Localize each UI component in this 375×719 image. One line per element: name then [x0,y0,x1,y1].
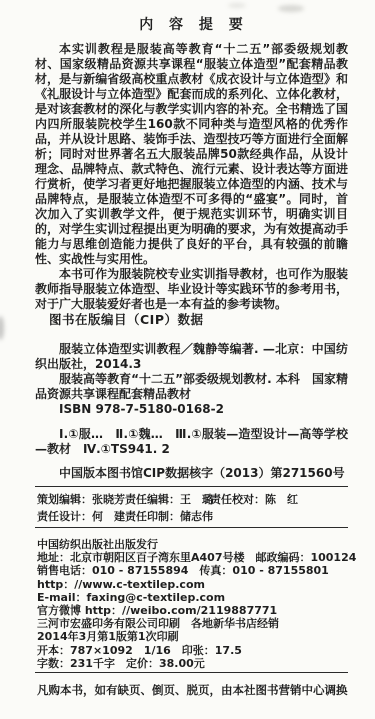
credit-value: 何 建 [92,510,125,523]
credit-planning-editor: 策划编辑：张晓芳 [37,491,125,508]
content-summary-title: 内 容 提 要 [35,14,348,34]
cip-series-note: 服装高等教育“十二五”部委级规划教材. 本科 国家精品资源共享课程配套精品教材 [35,372,348,402]
credit-value: 王 璐 [180,493,213,506]
credits-block: 策划编辑：张晓芳 责任编辑：王 璐 责任校对：陈 红 责任设计：何 建 责任印制… [37,491,348,525]
publisher-weibo-line: 官方微博 http：//weibo.com/2119887771 [37,604,355,617]
cip-section: 图书在版编目（CIP）数据 服装立体造型实训教程／魏静等编著. —北京：中国纺织… [35,310,348,481]
credit-proofreader: 责任校对：陈 红 [210,491,348,508]
summary-paragraph-1: 本实训教程是服装高等教育“十二五”部委级规划教材、国家级精品资源共享课程“服装立… [35,42,348,267]
publisher-website-line: http：//www.c-textilep.com [37,578,355,591]
replacement-notice: 凡购本书，如有缺页、倒页、脱页，由本社图书营销中心调换 [37,682,355,698]
wordcount-price-line: 字数：231千字 定价：38.00元 [37,657,355,670]
book-copyright-page: 内 容 提 要 本实训教程是服装高等教育“十二五”部委级规划教材、国家级精品资源… [0,0,375,719]
credit-value: 陈 红 [265,493,298,506]
format-sheets-line: 开本：787×1092 1/16 印张：17.5 [37,644,355,657]
edition-line: 2014年3月第1版第1次印刷 [37,630,355,643]
divider-rule-bottom [35,672,348,673]
credit-responsible-editor: 责任编辑：王 璐 [125,491,210,508]
cip-classification: Ⅰ.①服… Ⅱ.①魏… Ⅲ.①服装—造型设计—高等学校—教材 Ⅳ.①TS941.… [35,427,348,457]
credit-label: 责任编辑： [125,493,180,506]
publisher-address-line: 地址：北京市朝阳区百子湾东里A407号楼 邮政编码：100124 [37,551,355,564]
printer-distributor-line: 三河市宏盛印务有限公司印刷 各地新华书店经销 [37,617,355,630]
credit-label: 责任设计： [37,510,92,523]
cip-heading: 图书在版编目（CIP）数据 [49,310,348,328]
scan-artifact [0,316,4,340]
credits-row-2: 责任设计：何 建 责任印制：储志伟 [37,508,348,525]
scan-artifact [278,5,304,12]
divider-rule-mid [35,527,348,528]
credit-label: 策划编辑： [37,493,92,506]
cip-catalog-entry: 服装立体造型实训教程／魏静等编著. —北京：中国纺织出版社，2014.3 [35,342,348,372]
scan-artifact [228,3,246,8]
credit-label: 责任校对： [210,493,265,506]
credit-value: 张晓芳 [92,493,125,506]
credit-label: 责任印制： [125,510,180,523]
credit-value: 储志伟 [180,510,213,523]
publisher-name-line: 中国纺织出版社出版发行 [37,538,355,551]
publisher-phone-line: 销售电话：010 - 87155894 传真：010 - 87155801 [37,564,355,577]
cip-record-number: 中国版本图书馆CIP数据核字（2013）第271560号 [35,466,348,481]
credit-designer: 责任设计：何 建 [37,508,125,525]
credit-print-supervisor: 责任印制：储志伟 [125,508,210,525]
isbn-number: ISBN 978-7-5180-0168-2 [35,402,348,417]
content-summary-section: 内 容 提 要 本实训教程是服装高等教育“十二五”部委级规划教材、国家级精品资源… [35,14,348,312]
divider-rule-top [35,486,348,487]
publisher-imprint-block: 中国纺织出版社出版发行 地址：北京市朝阳区百子湾东里A407号楼 邮政编码：10… [37,538,355,670]
credits-row-1: 策划编辑：张晓芳 责任编辑：王 璐 责任校对：陈 红 [37,491,348,508]
publisher-email-line: E-mail：faxing@c-textilep.com [37,591,355,604]
summary-paragraph-2: 本书可作为服装院校专业实训指导教材，也可作为服装教师指导服装立体造型、毕业设计等… [35,267,348,312]
